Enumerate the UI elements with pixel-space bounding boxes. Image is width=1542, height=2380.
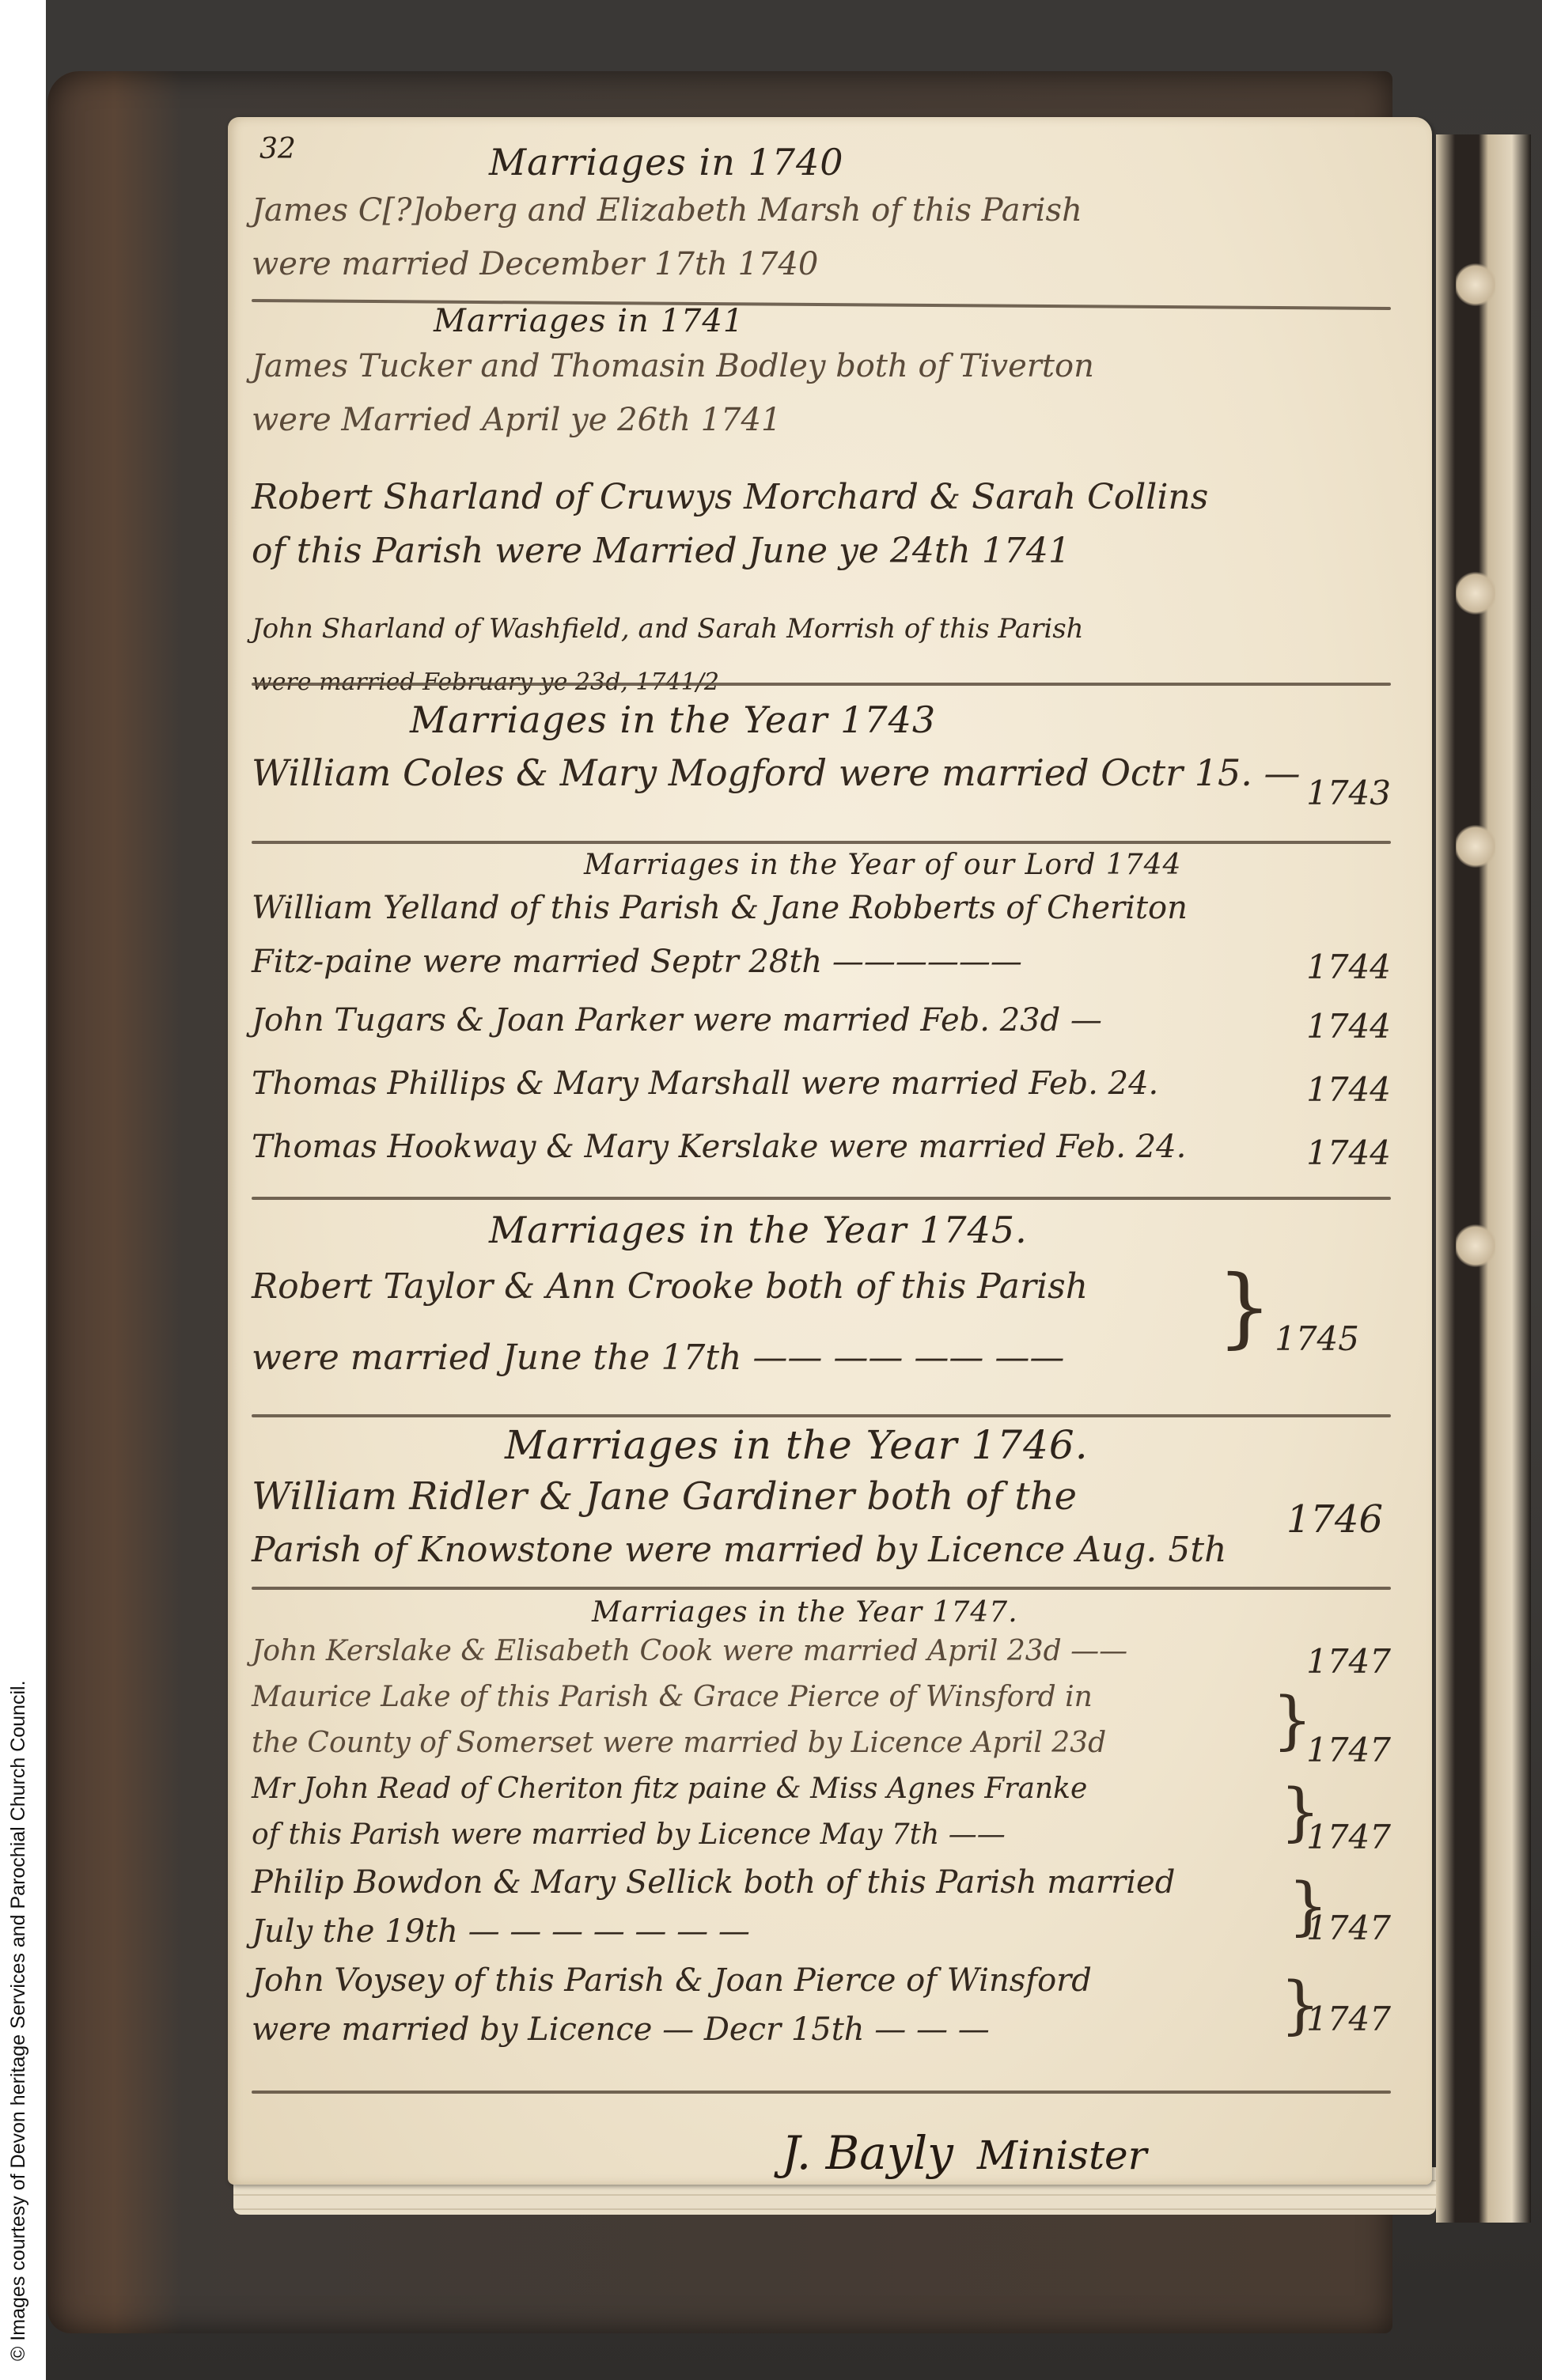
entry-line: were married December 17th 1740 bbox=[252, 237, 1407, 291]
entry-line: James C[?]oberg and Elizabeth Marsh of t… bbox=[252, 184, 1407, 237]
section-heading: Marriages in the Year 1746. bbox=[505, 1422, 1407, 1468]
section-1747: Marriages in the Year 1747. John Kerslak… bbox=[252, 1596, 1407, 2054]
entry-line: John Kerslake & Elisabeth Cook were marr… bbox=[252, 1629, 1407, 1674]
section-1743: Marriages in the Year 1743 William Coles… bbox=[252, 698, 1407, 804]
entry-line: Fitz-paine were married Septr 28th —————… bbox=[252, 935, 1407, 989]
entry-line: were Married April ye 26th 1741 bbox=[252, 393, 1407, 447]
bracket-icon: } bbox=[1217, 1256, 1272, 1357]
section-divider bbox=[252, 841, 1391, 844]
entry-year: 1744 bbox=[1306, 1133, 1391, 1172]
entry-year: 1746 bbox=[1286, 1497, 1383, 1542]
entry-line: John Voysey of this Parish & Joan Pierce… bbox=[252, 1956, 1407, 2005]
signature-title: Minister bbox=[977, 2132, 1147, 2178]
section-heading: Marriages in the Year 1745. bbox=[489, 1209, 1407, 1251]
section-heading: Marriages in the Year of our Lord 1744 bbox=[584, 849, 1407, 881]
credit-margin: © Images courtesy of Devon heritage Serv… bbox=[0, 0, 46, 2380]
entry-line: of this Parish were married by Licence M… bbox=[252, 1812, 1407, 1858]
entry-line: William Coles & Mary Mogford were marrie… bbox=[252, 741, 1407, 804]
entry-line: Mr John Read of Cheriton fitz paine & Mi… bbox=[252, 1766, 1407, 1812]
section-divider bbox=[252, 683, 1391, 686]
entry-line: Robert Sharland of Cruwys Morchard & Sar… bbox=[252, 471, 1407, 524]
minister-signature: J. BaylyMinister bbox=[782, 2126, 1147, 2180]
entry-line: Thomas Phillips & Mary Marshall were mar… bbox=[252, 1052, 1407, 1115]
entry-line: Thomas Hookway & Mary Kerslake were marr… bbox=[252, 1115, 1407, 1179]
entry-line: of this Parish were Married June ye 24th… bbox=[252, 524, 1407, 578]
entry-line: John Sharland of Washfield, and Sarah Mo… bbox=[252, 602, 1407, 656]
entry-year: 1744 bbox=[1306, 948, 1391, 986]
entry-year: 1747 bbox=[1306, 1642, 1391, 1681]
section-heading: Marriages in 1740 bbox=[489, 141, 1407, 184]
entry-line: William Ridler & Jane Gardiner both of t… bbox=[252, 1468, 1407, 1525]
entry-line: the County of Somerset were married by L… bbox=[252, 1720, 1407, 1766]
section-1746: Marriages in the Year 1746. William Ridl… bbox=[252, 1422, 1407, 1576]
section-divider bbox=[252, 1414, 1391, 1417]
entry-year: 1743 bbox=[1306, 774, 1391, 812]
entry-year: 1745 bbox=[1275, 1319, 1359, 1358]
binding-thread-icon bbox=[1456, 823, 1495, 870]
entry-line: Parish of Knowstone were married by Lice… bbox=[252, 1525, 1407, 1576]
section-heading: Marriages in the Year 1743 bbox=[410, 698, 1407, 741]
section-1740: Marriages in 1740 James C[?]oberg and El… bbox=[252, 141, 1407, 291]
copyright-notice: © Images courtesy of Devon heritage Serv… bbox=[7, 1680, 30, 2361]
entry-line: Maurice Lake of this Parish & Grace Pier… bbox=[252, 1674, 1407, 1720]
binding-thread-icon bbox=[1456, 1222, 1495, 1269]
entry-line: James Tucker and Thomasin Bodley both of… bbox=[252, 339, 1407, 393]
section-divider bbox=[252, 1587, 1391, 1590]
entry-year: 1747 bbox=[1306, 2000, 1391, 2038]
section-heading: Marriages in 1741 bbox=[434, 303, 1407, 339]
section-1744: Marriages in the Year of our Lord 1744 W… bbox=[252, 849, 1407, 1179]
entry-year: 1747 bbox=[1306, 1731, 1391, 1769]
book-binding-edge bbox=[1436, 134, 1531, 2223]
entry-line: were married by Licence — Decr 15th — — … bbox=[252, 2005, 1407, 2054]
binding-thread-icon bbox=[1456, 261, 1495, 308]
entry-year: 1744 bbox=[1306, 1007, 1391, 1046]
binding-thread-icon bbox=[1456, 569, 1495, 617]
section-1745: Marriages in the Year 1745. Robert Taylo… bbox=[252, 1209, 1407, 1394]
section-divider bbox=[252, 1197, 1391, 1200]
entry-line: William Yelland of this Parish & Jane Ro… bbox=[252, 881, 1407, 935]
register-page: 32 Marriages in 1740 James C[?]oberg and… bbox=[228, 117, 1432, 2185]
entry-year: 1747 bbox=[1306, 1909, 1391, 1947]
section-heading: Marriages in the Year 1747. bbox=[592, 1596, 1407, 1629]
entry-year: 1747 bbox=[1306, 1818, 1391, 1856]
entry-year: 1744 bbox=[1306, 1070, 1391, 1109]
section-divider bbox=[252, 2091, 1391, 2094]
signature-name: J. Bayly bbox=[782, 2126, 953, 2180]
entry-line: John Tugars & Joan Parker were married F… bbox=[252, 989, 1407, 1052]
entry-line: Philip Bowdon & Mary Sellick both of thi… bbox=[252, 1858, 1407, 1907]
section-1741: Marriages in 1741 James Tucker and Thoma… bbox=[252, 303, 1407, 709]
entry-line: July the 19th — — — — — — — bbox=[252, 1907, 1407, 1956]
